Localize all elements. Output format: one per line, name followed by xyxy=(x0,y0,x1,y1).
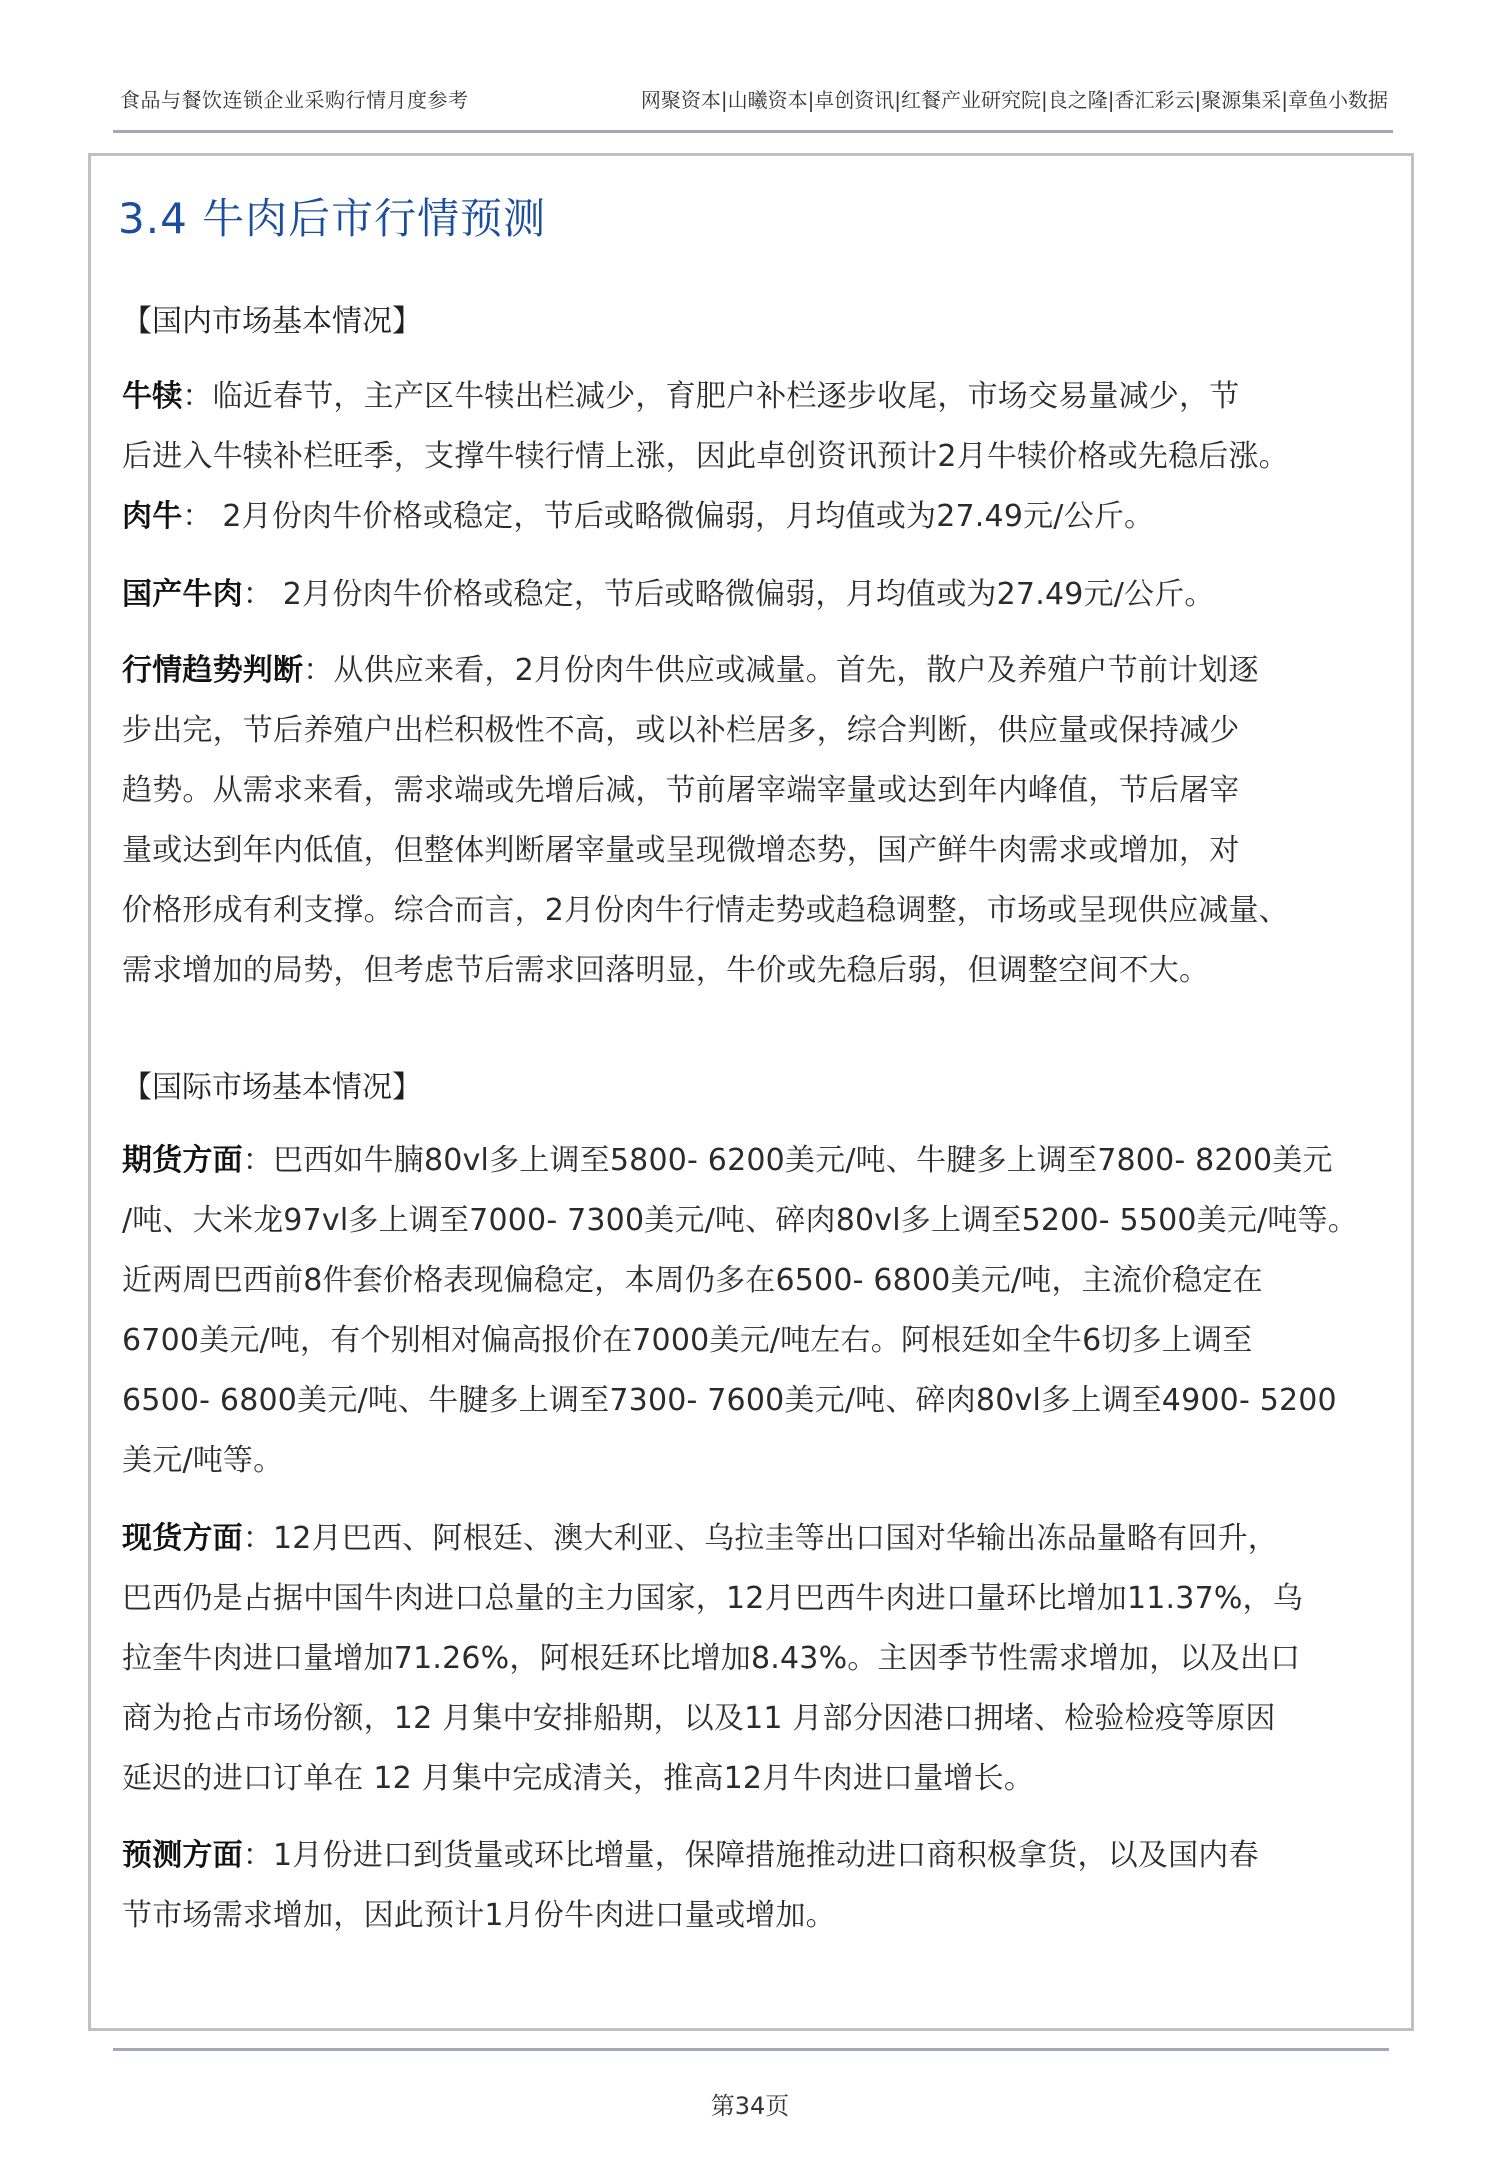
international-heading: 【国际市场基本情况】 xyxy=(122,1062,422,1106)
section-title: 3.4 牛肉后市行情预测 xyxy=(118,186,546,246)
paragraph-label: 肉牛 xyxy=(122,499,182,534)
paragraph-label: 牛犊 xyxy=(122,379,182,414)
paragraph-line: 行情趋势判断：从供应来看，2月份肉牛供应或减量。首先，散户及养殖户节前计划逐 xyxy=(122,641,1402,701)
paragraph-line: 牛犊：临近春节，主产区牛犊出栏减少，育肥户补栏逐步收尾，市场交易量减少，节 xyxy=(122,367,1402,427)
paragraph-line: 6500- 6800美元/吨、牛腱多上调至7300- 7600美元/吨、碎肉80… xyxy=(122,1371,1402,1431)
paragraph-line: 步出完，节后养殖户出栏积极性不高，或以补栏居多，综合判断，供应量或保持减少 xyxy=(122,701,1402,761)
paragraph-line: 价格形成有利支撑。综合而言，2月份肉牛行情走势或趋稳调整，市场或呈现供应减量、 xyxy=(122,881,1402,941)
paragraph-line: 期货方面：巴西如牛腩80vl多上调至5800- 6200美元/吨、牛腱多上调至7… xyxy=(122,1131,1402,1191)
paragraph-text: ：临近春节，主产区牛犊出栏减少，育肥户补栏逐步收尾，市场交易量减少，节 xyxy=(182,379,1239,414)
paragraph-line: 节市场需求增加，因此预计1月份牛肉进口量或增加。 xyxy=(122,1886,1402,1946)
paragraph-line: 巴西仍是占据中国牛肉进口总量的主力国家，12月巴西牛肉进口量环比增加11.37%… xyxy=(122,1569,1402,1629)
paragraph-line: 近两周巴西前8件套价格表现偏稳定，本周仍多在6500- 6800美元/吨，主流价… xyxy=(122,1251,1402,1311)
paragraph-label: 现货方面 xyxy=(122,1521,243,1556)
paragraph-line: 现货方面：12月巴西、阿根廷、澳大利亚、乌拉圭等出口国对华输出冻品量略有回升， xyxy=(122,1509,1402,1569)
paragraph-line: 国产牛肉： 2月份肉牛价格或稳定，节后或略微偏弱，月均值或为27.49元/公斤。 xyxy=(122,565,1402,625)
paragraph-line: 拉奎牛肉进口量增加71.26%，阿根廷环比增加8.43%。主因季节性需求增加，以… xyxy=(122,1629,1402,1689)
domestic-heading: 【国内市场基本情况】 xyxy=(122,296,422,340)
paragraph-text: ： 2月份肉牛价格或稳定，节后或略微偏弱，月均值或为27.49元/公斤。 xyxy=(182,499,1154,534)
paragraph-line: 美元/吨等。 xyxy=(122,1431,1402,1491)
report-sources: 网聚资本|山曦资本|卓创资讯|红餐产业研究院|良之隆|香汇彩云|聚源集采|章鱼小… xyxy=(641,84,1388,113)
paragraph-line: 6700美元/吨，有个别相对偏高报价在7000美元/吨左右。阿根廷如全牛6切多上… xyxy=(122,1311,1402,1371)
paragraph-line: 预测方面：1月份进口到货量或环比增量，保障措施推动进口商积极拿货，以及国内春 xyxy=(122,1826,1402,1886)
paragraph-futures: 期货方面：巴西如牛腩80vl多上调至5800- 6200美元/吨、牛腱多上调至7… xyxy=(122,1131,1402,1491)
paragraph-label: 国产牛肉 xyxy=(122,577,243,612)
paragraph-calves: 牛犊：临近春节，主产区牛犊出栏减少，育肥户补栏逐步收尾，市场交易量减少，节 后进… xyxy=(122,367,1402,487)
paragraph-forecast: 预测方面：1月份进口到货量或环比增量，保障措施推动进口商积极拿货，以及国内春 节… xyxy=(122,1826,1402,1946)
report-title: 食品与餐饮连锁企业采购行情月度参考 xyxy=(120,84,469,113)
paragraph-label: 预测方面 xyxy=(122,1838,243,1873)
paragraph-line: 肉牛： 2月份肉牛价格或稳定，节后或略微偏弱，月均值或为27.49元/公斤。 xyxy=(122,487,1402,547)
paragraph-label: 行情趋势判断 xyxy=(122,653,303,688)
paragraph-text: ：从供应来看，2月份肉牛供应或减量。首先，散户及养殖户节前计划逐 xyxy=(303,653,1259,688)
paragraph-trend: 行情趋势判断：从供应来看，2月份肉牛供应或减量。首先，散户及养殖户节前计划逐 步… xyxy=(122,641,1402,1001)
paragraph-text: ：巴西如牛腩80vl多上调至5800- 6200美元/吨、牛腱多上调至7800-… xyxy=(243,1143,1333,1178)
paragraph-line: /吨、大米龙97vl多上调至7000- 7300美元/吨、碎肉80vl多上调至5… xyxy=(122,1191,1402,1251)
header-divider xyxy=(113,130,1393,133)
paragraph-line: 商为抢占市场份额，12 月集中安排船期，以及11 月部分因港口拥堵、检验检疫等原… xyxy=(122,1689,1402,1749)
footer-divider xyxy=(113,2048,1389,2051)
paragraph-text: ：12月巴西、阿根廷、澳大利亚、乌拉圭等出口国对华输出冻品量略有回升， xyxy=(243,1521,1278,1556)
paragraph-spot: 现货方面：12月巴西、阿根廷、澳大利亚、乌拉圭等出口国对华输出冻品量略有回升， … xyxy=(122,1509,1402,1809)
paragraph-line: 量或达到年内低值，但整体判断屠宰量或呈现微增态势，国产鲜牛肉需求或增加，对 xyxy=(122,821,1402,881)
paragraph-text: ：1月份进口到货量或环比增量，保障措施推动进口商积极拿货，以及国内春 xyxy=(243,1838,1259,1873)
paragraph-line: 延迟的进口订单在 12 月集中完成清关，推高12月牛肉进口量增长。 xyxy=(122,1749,1402,1809)
paragraph-text: ： 2月份肉牛价格或稳定，节后或略微偏弱，月均值或为27.49元/公斤。 xyxy=(243,577,1215,612)
paragraph-beef-cattle: 肉牛： 2月份肉牛价格或稳定，节后或略微偏弱，月均值或为27.49元/公斤。 xyxy=(122,487,1402,547)
paragraph-domestic-beef: 国产牛肉： 2月份肉牛价格或稳定，节后或略微偏弱，月均值或为27.49元/公斤。 xyxy=(122,565,1402,625)
page-number: 第34页 xyxy=(0,2086,1500,2121)
paragraph-line: 后进入牛犊补栏旺季，支撑牛犊行情上涨，因此卓创资讯预计2月牛犊价格或先稳后涨。 xyxy=(122,427,1402,487)
paragraph-line: 需求增加的局势，但考虑节后需求回落明显，牛价或先稳后弱，但调整空间不大。 xyxy=(122,941,1402,1001)
paragraph-line: 趋势。从需求来看，需求端或先增后减，节前屠宰端宰量或达到年内峰值，节后屠宰 xyxy=(122,761,1402,821)
paragraph-label: 期货方面 xyxy=(122,1143,243,1178)
